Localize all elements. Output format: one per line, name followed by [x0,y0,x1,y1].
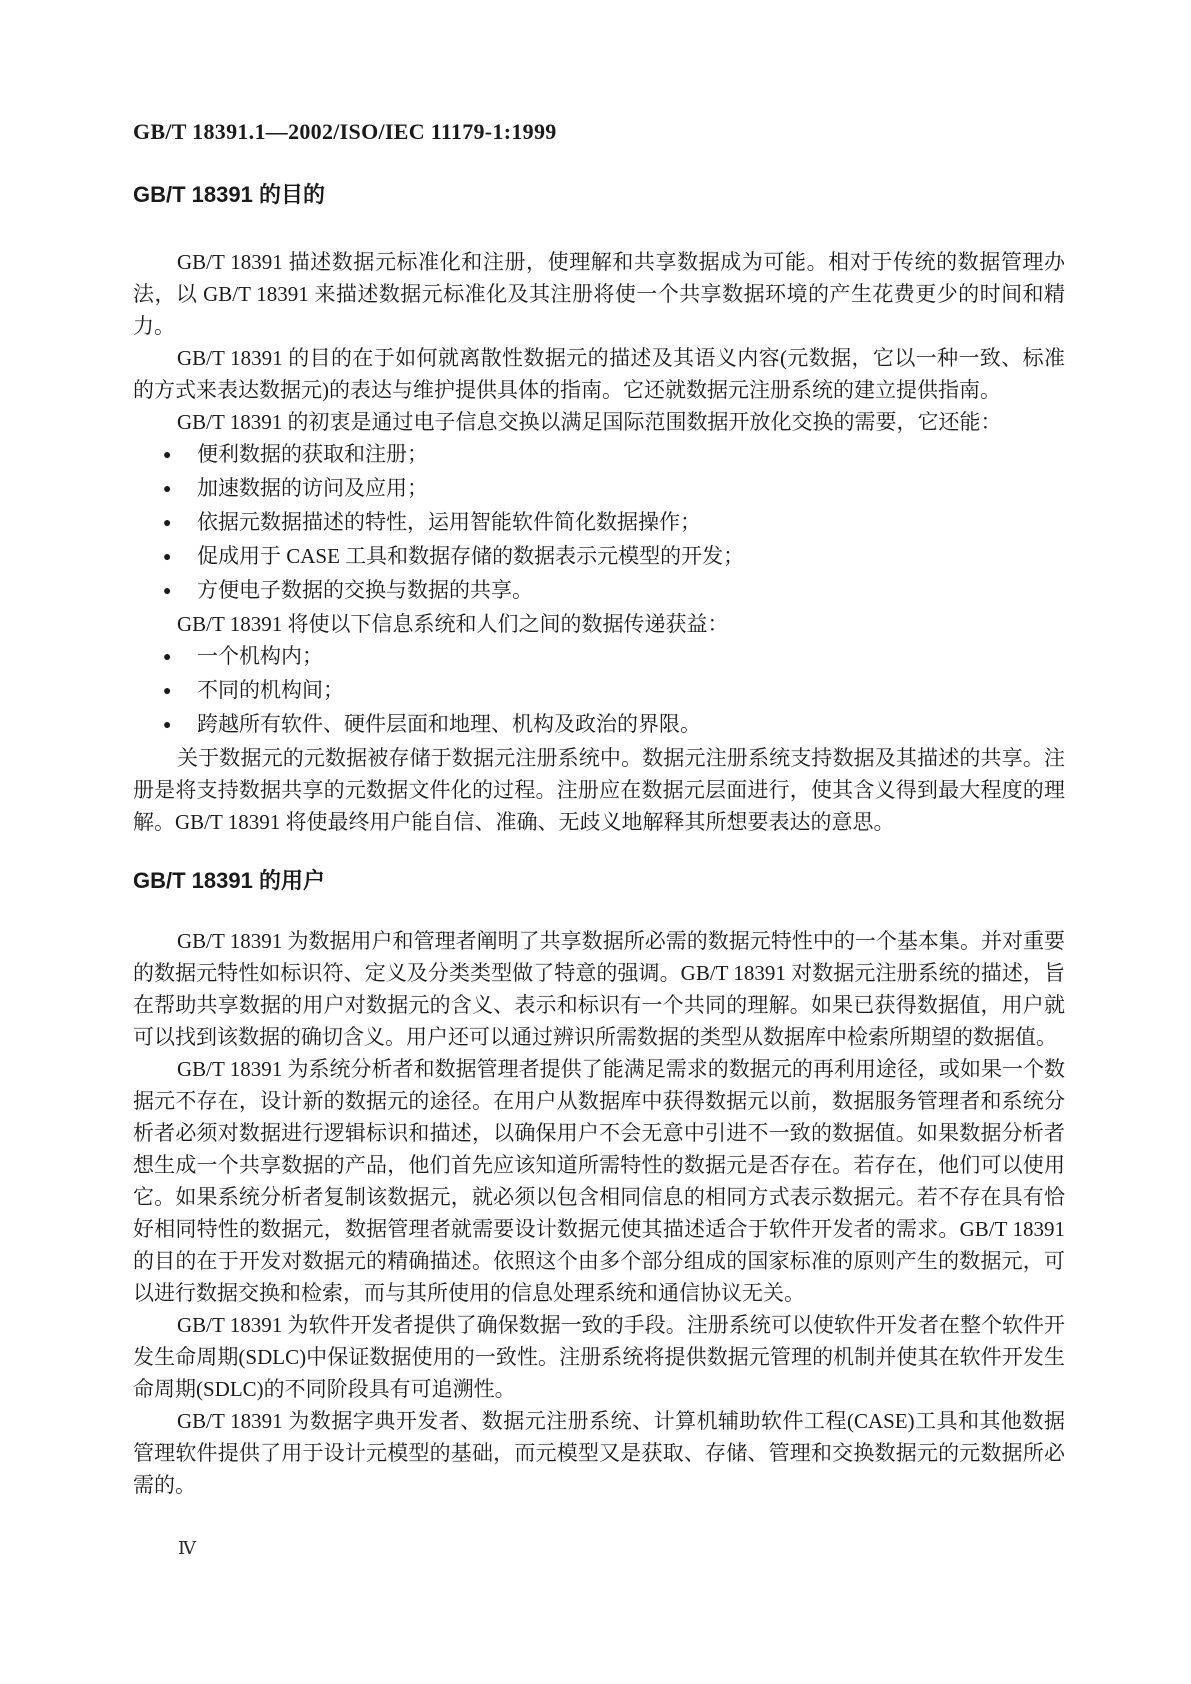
list-item: ●依据元数据描述的特性，运用智能软件简化数据操作； [133,506,1065,540]
list-item: ●不同的机构间； [133,674,1065,708]
list-item-text: 跨越所有软件、硬件层面和地理、机构及政治的界限。 [197,712,701,736]
bullet-icon: ● [163,474,197,506]
list-item-text: 方便电子数据的交换与数据的共享。 [197,578,533,602]
list-item-text: 加速数据的访问及应用； [197,476,428,500]
paragraph: GB/T 18391 的目的在于如何就离散性数据元的描述及其语义内容(元数据，它… [133,342,1065,406]
bullet-icon: ● [163,710,197,742]
paragraph: GB/T 18391 为数据字典开发者、数据元注册系统、计算机辅助软件工程(CA… [133,1405,1065,1501]
list-item: ●加速数据的访问及应用； [133,472,1065,506]
section-heading-purpose: GB/T 18391 的目的 [133,180,1065,210]
list-item-text: 不同的机构间； [197,678,344,702]
page-number: Ⅳ [178,1538,196,1559]
page-content: GB/T 18391.1—2002/ISO/IEC 11179-1:1999 G… [133,118,1065,1501]
paragraph: GB/T 18391 的初衷是通过电子信息交换以满足国际范围数据开放化交换的需要… [133,406,1065,438]
list-item-text: 依据元数据描述的特性，运用智能软件简化数据操作； [197,510,701,534]
list-item: ●一个机构内； [133,640,1065,674]
list-item: ●方便电子数据的交换与数据的共享。 [133,574,1065,608]
standard-number-header: GB/T 18391.1—2002/ISO/IEC 11179-1:1999 [133,118,1065,146]
bullet-icon: ● [163,676,197,708]
list-item: ●跨越所有软件、硬件层面和地理、机构及政治的界限。 [133,708,1065,742]
paragraph: 关于数据元的元数据被存储于数据元注册系统中。数据元注册系统支持数据及其描述的共享… [133,742,1065,838]
bullet-list-beneficiaries: ●一个机构内； ●不同的机构间； ●跨越所有软件、硬件层面和地理、机构及政治的界… [133,640,1065,742]
list-item-text: 促成用于 CASE 工具和数据存储的数据表示元模型的开发； [197,544,744,568]
paragraph: GB/T 18391 为系统分析者和数据管理者提供了能满足需求的数据元的再利用途… [133,1053,1065,1309]
list-item: ●便利数据的获取和注册； [133,438,1065,472]
paragraph: GB/T 18391 描述数据元标准化和注册，使理解和共享数据成为可能。相对于传… [133,246,1065,342]
bullet-icon: ● [163,642,197,674]
bullet-icon: ● [163,542,197,574]
bullet-list-capabilities: ●便利数据的获取和注册； ●加速数据的访问及应用； ●依据元数据描述的特性，运用… [133,438,1065,608]
list-item-text: 便利数据的获取和注册； [197,442,428,466]
bullet-icon: ● [163,508,197,540]
paragraph: GB/T 18391 为数据用户和管理者阐明了共享数据所必需的数据元特性中的一个… [133,925,1065,1053]
section-heading-users: GB/T 18391 的用户 [133,866,1065,896]
paragraph: GB/T 18391 为软件开发者提供了确保数据一致的手段。注册系统可以使软件开… [133,1309,1065,1405]
list-item-text: 一个机构内； [197,644,323,668]
list-item: ●促成用于 CASE 工具和数据存储的数据表示元模型的开发； [133,540,1065,574]
bullet-icon: ● [163,440,197,472]
paragraph: GB/T 18391 将使以下信息系统和人们之间的数据传递获益： [133,608,1065,640]
bullet-icon: ● [163,576,197,608]
